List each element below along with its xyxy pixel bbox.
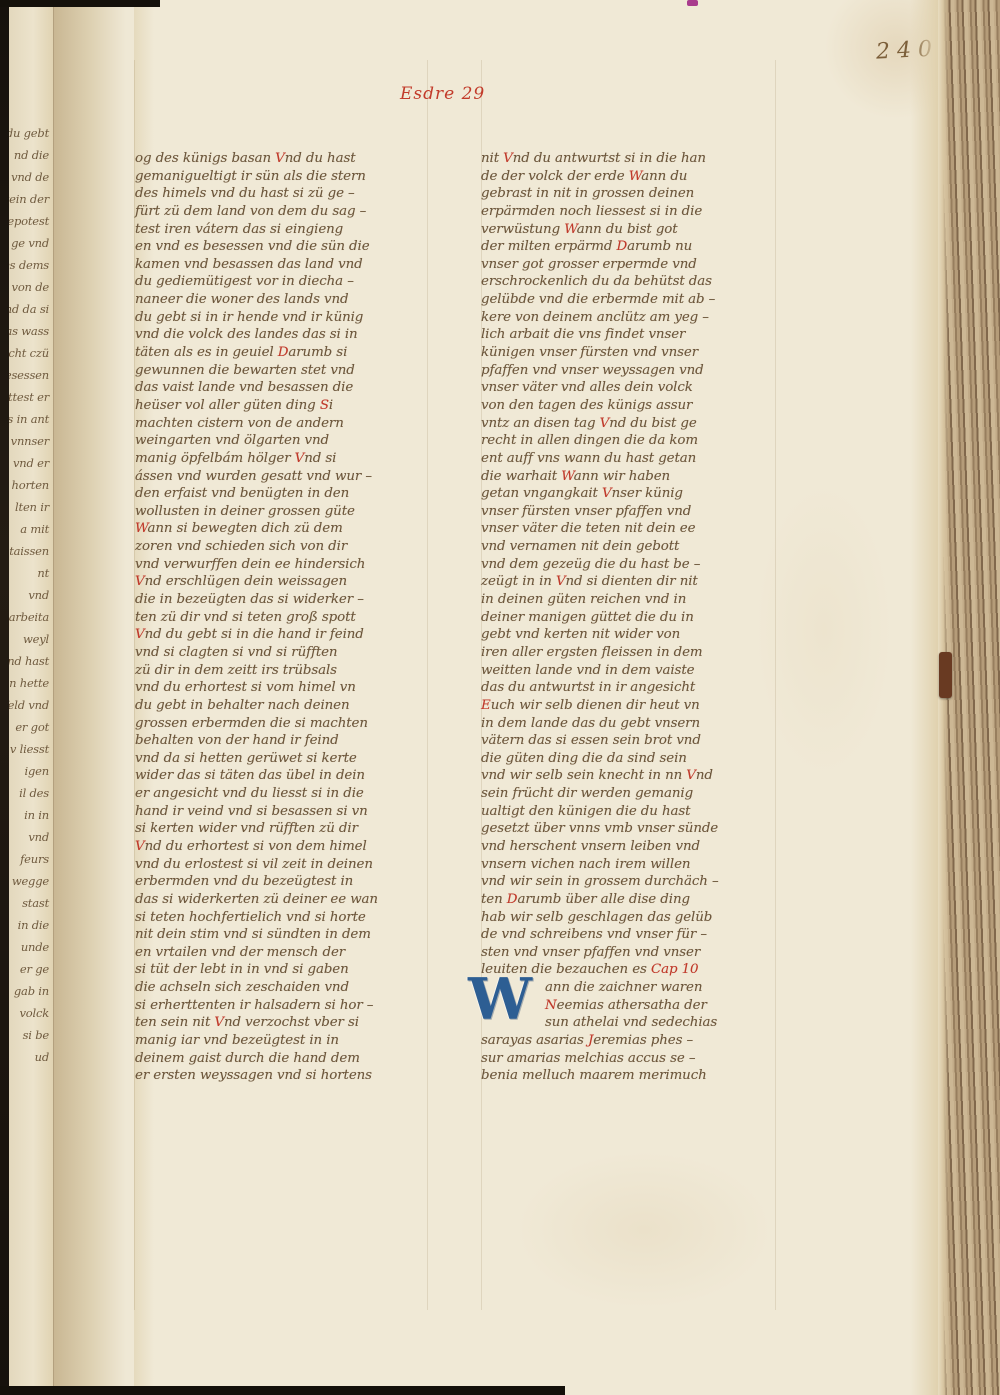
margin-text-fragment: taissen bbox=[9, 540, 49, 562]
manuscript-text-line: wollusten in deiner grossen güte bbox=[135, 503, 437, 521]
margin-text-fragment: er ge bbox=[9, 958, 49, 980]
manuscript-text-line: gebrast in nit in grossen deinen bbox=[481, 185, 783, 203]
scan-edge-shadow bbox=[0, 1386, 565, 1395]
manuscript-text-line: gelübde vnd die erbermde mit ab – bbox=[481, 291, 783, 309]
manuscript-text-line: der milten erpärmd Darumb nu bbox=[481, 238, 783, 256]
manuscript-text-line: Vnd du gebt si in die hand ir feind bbox=[135, 626, 437, 644]
manuscript-text-line: des himels vnd du hast si zü ge – bbox=[135, 185, 437, 203]
margin-text-fragment: volck bbox=[9, 1002, 49, 1024]
margin-text-fragment: gab in bbox=[9, 980, 49, 1002]
manuscript-text-line: test iren vátern das si eingieng bbox=[135, 221, 437, 239]
manuscript-text-line: de vnd schreibens vnd vnser für – bbox=[481, 926, 783, 944]
rubricated-text: V bbox=[600, 416, 610, 431]
margin-text-fragment: il des bbox=[9, 782, 49, 804]
manuscript-text-line: si erherttenten ir halsadern si hor – bbox=[135, 997, 437, 1015]
manuscript-text-line: getan vngangkait Vnser künig bbox=[481, 485, 783, 503]
manuscript-text-line: Euch wir selb dienen dir heut vn bbox=[481, 697, 783, 715]
manuscript-text-line: vnser fürsten vnser pfaffen vnd bbox=[481, 503, 783, 521]
manuscript-text-line: vnd du erlostest si vil zeit in deinen bbox=[135, 856, 437, 874]
manuscript-text-line: die warhait Wann wir haben bbox=[481, 468, 783, 486]
manuscript-text-line: Wann si bewegten dich zü dem bbox=[135, 520, 437, 538]
manuscript-text-line: in deinen güten reichen vnd in bbox=[481, 591, 783, 609]
manuscript-text-line: zü dir in dem zeitt irs trübsals bbox=[135, 662, 437, 680]
rubricated-text: D bbox=[617, 239, 628, 254]
manuscript-text-line: behalten von der hand ir feind bbox=[135, 732, 437, 750]
manuscript-text-line: du gediemütigest vor in diecha – bbox=[135, 273, 437, 291]
manuscript-text-line: vntz an disen tag Vnd du bist ge bbox=[481, 415, 783, 433]
margin-text-fragment: feld vnd bbox=[9, 694, 49, 716]
margin-text-fragment: si be bbox=[9, 1024, 49, 1046]
margin-text-fragment: weyl bbox=[9, 628, 49, 650]
manuscript-text-line: manig öpfelbám hölger Vnd si bbox=[135, 450, 437, 468]
manuscript-text-line: machten cistern von de andern bbox=[135, 415, 437, 433]
rubricated-text: V bbox=[556, 574, 566, 589]
manuscript-text-line: vnd dem gezeüg die du hast be – bbox=[481, 556, 783, 574]
rubricated-text: V bbox=[295, 451, 305, 466]
manuscript-page: 240 Esdre 29 og des künigs basan Vnd du … bbox=[134, 0, 938, 1395]
manuscript-text-line: fürt zü dem land von dem du sag – bbox=[135, 203, 437, 221]
manuscript-text-line: täten als es in geuiel Darumb si bbox=[135, 344, 437, 362]
manuscript-text-line: vnd vernamen nit dein gebott bbox=[481, 538, 783, 556]
rubricated-text: D bbox=[278, 345, 289, 360]
manuscript-text-line: zeügt in in Vnd si dienten dir nit bbox=[481, 573, 783, 591]
manuscript-text-line: kamen vnd besassen das land vnd bbox=[135, 256, 437, 274]
margin-text-fragment: besessen bbox=[9, 364, 49, 386]
manuscript-text-line: en vnd es besessen vnd die sün die bbox=[135, 238, 437, 256]
margin-text-fragment: darbeita bbox=[9, 606, 49, 628]
gutter-shadow bbox=[54, 0, 134, 1395]
manuscript-text-line: den erfaist vnd benügten in den bbox=[135, 485, 437, 503]
manuscript-text-line: vnd verwurffen dein ee hindersich bbox=[135, 556, 437, 574]
margin-text-fragment: vnd er bbox=[9, 452, 49, 474]
margin-text-fragment: du gebt bbox=[9, 122, 49, 144]
parchment-stain bbox=[514, 1150, 774, 1310]
manuscript-text-line: du gebt si in ir hende vnd ir künig bbox=[135, 309, 437, 327]
rubricated-text: W bbox=[629, 169, 642, 184]
manuscript-text-line: vätern das si essen sein brot vnd bbox=[481, 732, 783, 750]
margin-text-fragment: nd hast bbox=[9, 650, 49, 672]
manuscript-text-line: verwüstung Wann du bist got bbox=[481, 221, 783, 239]
manuscript-text-line: weitten lande vnd in dem vaiste bbox=[481, 662, 783, 680]
rubricated-text: J bbox=[588, 1033, 593, 1048]
manuscript-text-line: die achseln sich zeschaiden vnd bbox=[135, 979, 437, 997]
rubricated-text: W bbox=[561, 469, 574, 484]
manuscript-text-line: ent auff vns wann du hast getan bbox=[481, 450, 783, 468]
margin-text-fragment: unde bbox=[9, 936, 49, 958]
margin-text-fragment: nd die bbox=[9, 144, 49, 166]
manuscript-text-line: ten zü dir vnd si teten groß spott bbox=[135, 609, 437, 627]
manuscript-text-line: kere von deinem anclütz am yeg – bbox=[481, 309, 783, 327]
rubricated-text: V bbox=[135, 574, 145, 589]
manuscript-text-line: grossen erbermden die si machten bbox=[135, 715, 437, 733]
manuscript-text-line: ten Darumb über alle dise ding bbox=[481, 891, 783, 909]
manuscript-text-line: pfaffen vnd vnser weyssagen vnd bbox=[481, 362, 783, 380]
manuscript-text-line: er ersten weyssagen vnd si hortens bbox=[135, 1067, 437, 1085]
manuscript-text-line: vnd wir selb sein knecht in nn Vnd bbox=[481, 767, 783, 785]
margin-text-fragment: er got bbox=[9, 716, 49, 738]
rubricated-text: V bbox=[275, 151, 285, 166]
margin-text-fragment: d horten bbox=[9, 474, 49, 496]
manuscript-text-line: das si widerkerten zü deiner ee wan bbox=[135, 891, 437, 909]
manuscript-text-line: deinem gaist durch die hand dem bbox=[135, 1050, 437, 1068]
manuscript-text-line: das vaist lande vnd besassen die bbox=[135, 379, 437, 397]
margin-text-fragment: du gepotest bbox=[9, 210, 49, 232]
previous-page-text-fragments: du gebtnd diezt vnd detestein derdu gepo… bbox=[9, 122, 49, 1068]
manuscript-text-line: si teten hochfertielich vnd si horte bbox=[135, 909, 437, 927]
manuscript-text-line: künigen vnser fürsten vnd vnser bbox=[481, 344, 783, 362]
margin-text-fragment: a mit bbox=[9, 518, 49, 540]
manuscript-text-line: sein frücht dir werden gemanig bbox=[481, 785, 783, 803]
margin-text-fragment: nd da si bbox=[9, 298, 49, 320]
manuscript-text-line: sur amarias melchias accus se – bbox=[481, 1050, 783, 1068]
rubricated-text: V bbox=[503, 151, 513, 166]
margin-text-fragment: recht czü bbox=[9, 342, 49, 364]
page-stack-fore-edge bbox=[938, 0, 1000, 1395]
manuscript-text-line: vnd du erhortest si vom himel vn bbox=[135, 679, 437, 697]
manuscript-text-line: weingarten vnd ölgarten vnd bbox=[135, 432, 437, 450]
scan-edge-shadow bbox=[0, 0, 160, 7]
manuscript-page-photo: du gebtnd diezt vnd detestein derdu gepo… bbox=[0, 0, 1000, 1395]
manuscript-text-line: recht in allen dingen die da kom bbox=[481, 432, 783, 450]
chapter-initial-letter: W bbox=[467, 974, 533, 1030]
manuscript-text-line: ássen vnd wurden gesatt vnd wur – bbox=[135, 468, 437, 486]
manuscript-text-line: en vrtailen vnd der mensch der bbox=[135, 944, 437, 962]
rubricated-text: V bbox=[602, 486, 612, 501]
book-binding-edge bbox=[0, 0, 9, 1395]
manuscript-text-line: si tüt der lebt in in vnd si gaben bbox=[135, 961, 437, 979]
manuscript-text-line: si kerten wider vnd rüfften zü dir bbox=[135, 820, 437, 838]
manuscript-text-line: lich arbait die vns findet vnser bbox=[481, 326, 783, 344]
manuscript-text-line: naneer die woner des lands vnd bbox=[135, 291, 437, 309]
manuscript-text-line: in dem lande das du gebt vnsern bbox=[481, 715, 783, 733]
manuscript-text-line: manig iar vnd bezeügtest in in bbox=[135, 1032, 437, 1050]
manuscript-text-line: du gebt in behalter nach deinen bbox=[135, 697, 437, 715]
margin-text-fragment: in in bbox=[9, 804, 49, 826]
manuscript-text-line: vnser got grosser erpermde vnd bbox=[481, 256, 783, 274]
magenta-ink-mark bbox=[687, 0, 698, 6]
manuscript-text-line: zoren vnd schieden sich von dir bbox=[135, 538, 437, 556]
manuscript-text-line: gewunnen die bewarten stet vnd bbox=[135, 362, 437, 380]
rubricated-text: D bbox=[507, 892, 518, 907]
manuscript-text-line: nit dein stim vnd si sündten in dem bbox=[135, 926, 437, 944]
rubricated-text: V bbox=[135, 627, 145, 642]
manuscript-text-line: Vnd erschlügen dein weissagen bbox=[135, 573, 437, 591]
margin-text-fragment: das wass bbox=[9, 320, 49, 342]
manuscript-text-line: vnd si clagten si vnd si rüfften bbox=[135, 644, 437, 662]
margin-text-fragment: es in ant bbox=[9, 408, 49, 430]
manuscript-text-line: sten vnd vnser pfaffen vnd vnser bbox=[481, 944, 783, 962]
margin-text-fragment: testein der bbox=[9, 188, 49, 210]
manuscript-text-line: gesetzt über vnns vmb vnser sünde bbox=[481, 820, 783, 838]
margin-text-fragment: wegge bbox=[9, 870, 49, 892]
margin-text-fragment: zt vnd de bbox=[9, 166, 49, 188]
rubricated-text: Cap 10 bbox=[651, 962, 699, 977]
rubricated-text: S bbox=[320, 398, 329, 413]
manuscript-text-line: ten sein nit Vnd verzochst vber si bbox=[135, 1014, 437, 1032]
margin-text-fragment: vnnser bbox=[9, 430, 49, 452]
manuscript-text-line: die güten ding die da sind sein bbox=[481, 750, 783, 768]
manuscript-text-line: erpärmden noch liessest si in die bbox=[481, 203, 783, 221]
manuscript-text-line: das du antwurtst in ir angesicht bbox=[481, 679, 783, 697]
margin-text-fragment: nt bbox=[9, 562, 49, 584]
margin-text-fragment: v liesst bbox=[9, 738, 49, 760]
manuscript-text-line: wider das si täten das übel in dein bbox=[135, 767, 437, 785]
manuscript-text-line: iren aller ergsten fleissen in dem bbox=[481, 644, 783, 662]
margin-text-fragment: in hette bbox=[9, 672, 49, 694]
folio-number: 240 bbox=[875, 36, 939, 64]
margin-text-fragment: vnd bbox=[9, 826, 49, 848]
manuscript-text-line: de der volck der erde Wann du bbox=[481, 168, 783, 186]
manuscript-text-line: Vnd du erhortest si von dem himel bbox=[135, 838, 437, 856]
margin-text-fragment: ud bbox=[9, 1046, 49, 1068]
margin-text-fragment: igen bbox=[9, 760, 49, 782]
manuscript-text-line: vnsern vichen nach irem willen bbox=[481, 856, 783, 874]
manuscript-text-line: vnser väter die teten nit dein ee bbox=[481, 520, 783, 538]
manuscript-text-line: von den tagen des künigs assur bbox=[481, 397, 783, 415]
manuscript-text-line: nit Vnd du antwurtst si in die han bbox=[481, 150, 783, 168]
manuscript-text-line: og des künigs basan Vnd du hast bbox=[135, 150, 437, 168]
rubricated-text: V bbox=[686, 768, 696, 783]
manuscript-text-line: vnser väter vnd alles dein volck bbox=[481, 379, 783, 397]
manuscript-text-line: deiner manigen güttet die du in bbox=[481, 609, 783, 627]
running-header: Esdre 29 bbox=[400, 84, 485, 104]
text-column-left: og des künigs basan Vnd du hastgemanigue… bbox=[135, 150, 437, 1085]
manuscript-text-line: hand ir veind vnd si besassen si vn bbox=[135, 803, 437, 821]
manuscript-text-line: vnd wir sein in grossem durchäch – bbox=[481, 873, 783, 891]
margin-text-fragment: stast bbox=[9, 892, 49, 914]
manuscript-text-line: gebt vnd kerten nit wider von bbox=[481, 626, 783, 644]
manuscript-text-line: ualtigt den künigen die du hast bbox=[481, 803, 783, 821]
margin-text-fragment: es dems bbox=[9, 254, 49, 276]
manuscript-text-line: vnd die volck des landes das si in bbox=[135, 326, 437, 344]
rubricated-text: V bbox=[135, 839, 145, 854]
manuscript-text-line: gemanigueltigt ir sün als die stern bbox=[135, 168, 437, 186]
rubricated-text: V bbox=[214, 1015, 224, 1030]
manuscript-text-line: heüser vol aller güten ding Si bbox=[135, 397, 437, 415]
manuscript-text-line: benia melluch maarem merimuch bbox=[481, 1067, 783, 1085]
rubricated-text: E bbox=[481, 698, 491, 713]
rubricated-text: W bbox=[564, 222, 577, 237]
rubricated-text: W bbox=[135, 521, 148, 536]
manuscript-text-line: er angesicht vnd du liesst si in die bbox=[135, 785, 437, 803]
margin-text-fragment: ettest er bbox=[9, 386, 49, 408]
manuscript-text-line: vnd da si hetten gerüwet si kerte bbox=[135, 750, 437, 768]
previous-page-edge: du gebtnd diezt vnd detestein derdu gepo… bbox=[9, 0, 54, 1395]
margin-text-fragment: ot von de bbox=[9, 276, 49, 298]
manuscript-text-line: vnd herschent vnsern leiben vnd bbox=[481, 838, 783, 856]
rubricated-text: N bbox=[545, 998, 557, 1013]
manuscript-text-line: sarayas asarias Jeremias phes – bbox=[481, 1032, 783, 1050]
manuscript-text-line: erbermden vnd du bezeügtest in bbox=[135, 873, 437, 891]
margin-text-fragment: vnd bbox=[9, 584, 49, 606]
margin-text-fragment: feurs bbox=[9, 848, 49, 870]
manuscript-text-line: erschrockenlich du da behütst das bbox=[481, 273, 783, 291]
bookmark-tab bbox=[939, 652, 952, 698]
text-column-right: nit Vnd du antwurtst si in die hande der… bbox=[481, 150, 783, 1085]
margin-text-fragment: lten ir bbox=[9, 496, 49, 518]
manuscript-text-line: hab wir selb geschlagen das gelüb bbox=[481, 909, 783, 927]
margin-text-fragment: ge vnd bbox=[9, 232, 49, 254]
manuscript-text-line: die in bezeügten das si widerker – bbox=[135, 591, 437, 609]
margin-text-fragment: in die bbox=[9, 914, 49, 936]
